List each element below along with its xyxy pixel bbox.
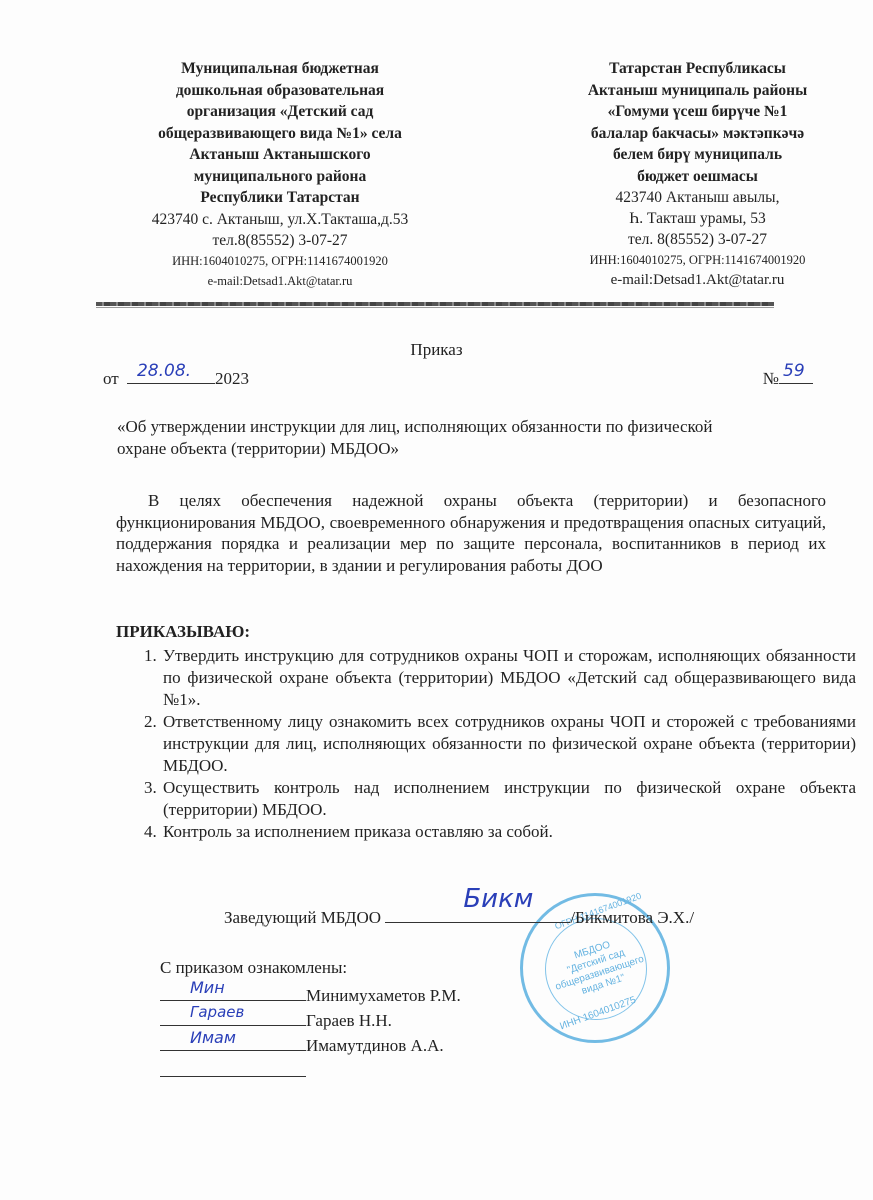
org-name-line: «Гомуми үсеш бирүче №1 (530, 101, 865, 123)
handwritten-number: 59 (783, 361, 805, 381)
org-ids: ИНН:1604010275, ОГРН:1141674001920 (530, 250, 865, 270)
org-phone: тел. 8(85552) 3-07-27 (530, 229, 865, 250)
number-field: 59 (779, 366, 813, 384)
order-item: Осуществить контроль над исполнением инс… (161, 777, 856, 821)
preamble-paragraph: В целях обеспечения надежной охраны объе… (116, 490, 826, 576)
org-name-line: дошкольная образовательная (110, 80, 450, 102)
document-title: Приказ (0, 340, 873, 360)
person-name: Гараев Н.Н. (306, 1011, 392, 1030)
date-field: 28.08. (127, 366, 215, 384)
director-name: /Бикмитова Э.Х./ (570, 908, 694, 927)
org-name-line: Татарстан Республикасы (530, 58, 865, 80)
person-name: Минимухаметов Р.М. (306, 986, 461, 1005)
signature-field: Имам (160, 1034, 306, 1051)
signature-field: Гараев (160, 1009, 306, 1026)
person-name: Имамутдинов А.А. (306, 1036, 444, 1055)
handwritten-signature: Мин (190, 978, 225, 997)
org-name-line: Актаныш Актанышского (110, 144, 450, 166)
acknowledgement-row: ИмамИмамутдинов А.А. (160, 1034, 444, 1056)
org-name-line: Муниципальная бюджетная (110, 58, 450, 80)
org-email: e-mail:Detsad1.Akt@tatar.ru (530, 270, 865, 290)
org-address: 423740 Актаныш авылы, (530, 187, 865, 208)
order-item: Контроль за исполнением приказа оставляю… (161, 821, 856, 843)
org-name-line: организация «Детский сад (110, 101, 450, 123)
handwritten-date: 28.08. (137, 361, 191, 381)
order-item: Утвердить инструкцию для сотрудников охр… (161, 645, 856, 711)
letterhead-divider (96, 302, 774, 306)
director-signature: Бикм (463, 884, 533, 914)
document-page: Муниципальная бюджетная дошкольная образ… (0, 0, 873, 1200)
order-item: Ответственному лицу ознакомить всех сотр… (161, 711, 856, 777)
acknowledgement-label: С приказом ознакомлены: (160, 958, 347, 978)
org-name-line: бюджет оешмасы (530, 166, 865, 188)
director-signature-line: Заведующий МБДОО Бикм /Бикмитова Э.Х./ (224, 906, 694, 928)
date-number-line: от 28.08. 2023 №59 (103, 366, 823, 389)
signature-field (160, 1060, 306, 1077)
handwritten-signature: Гараев (190, 1003, 244, 1021)
acknowledgement-row-empty (160, 1060, 306, 1082)
org-address: 423740 с. Актаныш, ул.Х.Такташа,д.53 (110, 209, 450, 230)
org-address: Һ. Такташ урамы, 53 (530, 208, 865, 229)
signature-field: Мин (160, 984, 306, 1001)
org-name-line: Республики Татарстан (110, 187, 450, 209)
handwritten-signature: Имам (190, 1028, 236, 1047)
org-name-line: белем бирү муниципаль (530, 144, 865, 166)
org-name-line: Актаныш муниципаль районы (530, 80, 865, 102)
date-prefix: от (103, 369, 119, 388)
org-name-line: балалар бакчасы» мәктәпкәчә (530, 123, 865, 145)
org-email: e-mail:Detsad1.Akt@tatar.ru (110, 271, 450, 291)
letterhead-divider-thin (96, 307, 774, 308)
letterhead-right: Татарстан Республикасы Актаныш муниципал… (530, 58, 865, 290)
order-number: №59 (763, 366, 813, 389)
org-name-line: муниципального района (110, 166, 450, 188)
org-ids: ИНН:1604010275, ОГРН:1141674001920 (110, 251, 450, 271)
org-phone: тел.8(85552) 3-07-27 (110, 230, 450, 251)
number-prefix: № (763, 369, 779, 388)
signature-field: Бикм (385, 906, 570, 923)
document-subject: «Об утверждении инструкции для лиц, испо… (117, 416, 757, 460)
date-year: 2023 (215, 369, 249, 388)
org-name-line: общеразвивающего вида №1» села (110, 123, 450, 145)
order-heading: ПРИКАЗЫВАЮ: (116, 622, 250, 642)
letterhead-left: Муниципальная бюджетная дошкольная образ… (110, 58, 450, 291)
director-position: Заведующий МБДОО (224, 908, 381, 927)
order-items: Утвердить инструкцию для сотрудников охр… (131, 645, 856, 843)
